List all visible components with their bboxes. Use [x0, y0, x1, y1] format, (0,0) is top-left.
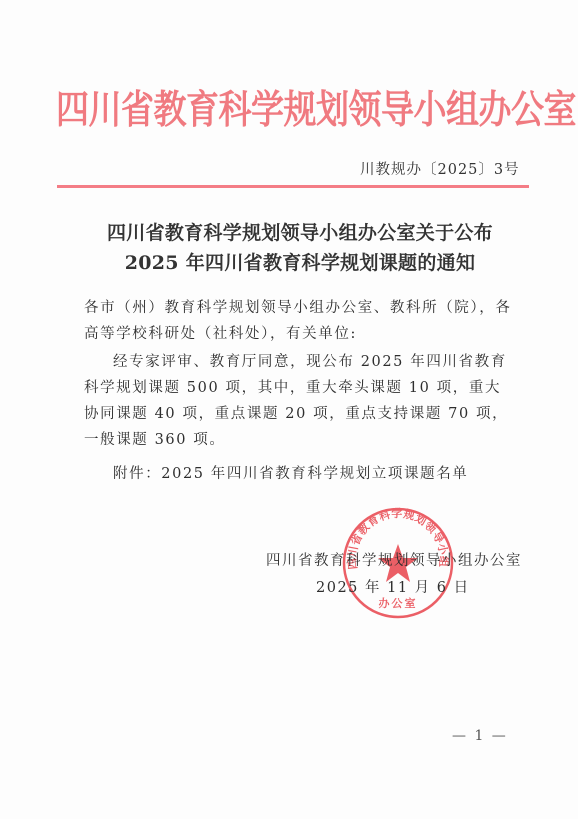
body-paragraph: 经专家评审、教育厅同意，现公布 2025 年四川省教育科学规划课题 500 项，… [84, 349, 514, 453]
svg-text:办公室: 办公室 [379, 596, 418, 610]
page-number: — 1 — [452, 728, 508, 744]
notice-title: 四川省教育科学规划领导小组办公室关于公布 2025 年四川省教育科学规划课题的通… [60, 218, 540, 278]
document-page: 四川省教育科学规划领导小组办公室 川教规办〔2025〕3号 四川省教育科学规划领… [0, 0, 578, 819]
signature-org: 四川省教育科学规划领导小组办公室 [266, 549, 522, 570]
notice-title-line-2: 2025 年四川省教育科学规划课题的通知 [60, 248, 540, 278]
attachment-note: 附件：2025 年四川省教育科学规划立项课题名单 [113, 461, 543, 487]
signature-date: 2025 年 11 月 6 日 [316, 576, 470, 597]
document-number: 川教规办〔2025〕3号 [360, 158, 520, 179]
red-divider-line [57, 185, 529, 188]
letterhead-title: 四川省教育科学规划领导小组办公室 [56, 84, 526, 136]
notice-title-line-1: 四川省教育科学规划领导小组办公室关于公布 [60, 218, 540, 248]
addressee: 各市（州）教育科学规划领导小组办公室、教科所（院），各高等学校科研处（社科处），… [84, 295, 514, 347]
